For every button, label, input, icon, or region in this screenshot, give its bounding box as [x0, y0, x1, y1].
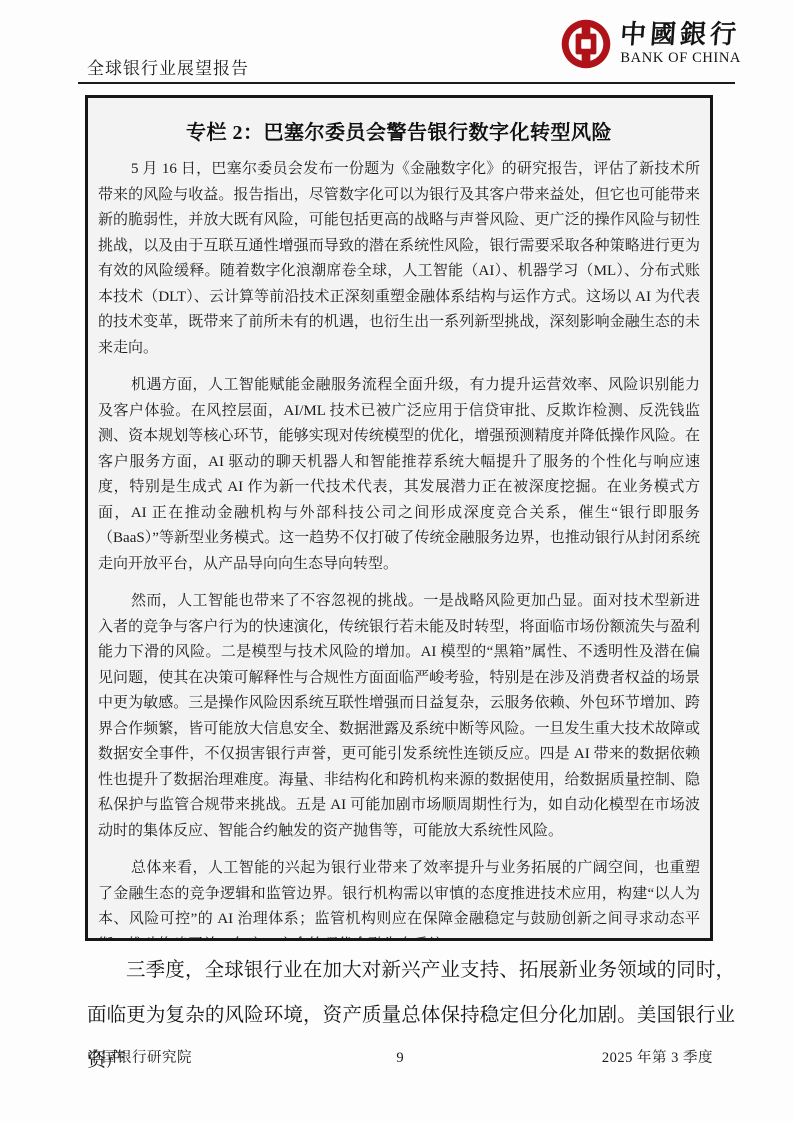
logo-text: 中國銀行 BANK OF CHINA: [620, 21, 741, 68]
header-divider: [78, 82, 735, 84]
box-paragraph-3: 然而，人工智能也带来了不容忽视的挑战。一是战略风险更加凸显。面对技术型新进入者的…: [96, 589, 702, 844]
box-paragraph-2: 机遇方面，人工智能赋能金融服务流程全面升级，有力提升运营效率、风险识别能力及客户…: [96, 373, 702, 577]
column-2-box: 专栏 2：巴塞尔委员会警告银行数字化转型风险 5 月 16 日，巴塞尔委员会发布…: [85, 95, 713, 941]
report-page: 全球银行业展望报告 中國銀行 BANK OF CHINA 专栏 2：巴塞尔委员会…: [0, 0, 793, 1121]
report-title: 全球银行业展望报告: [87, 54, 249, 79]
footer-issue: 2025 年第 3 季度: [602, 1046, 713, 1067]
logo-english-name: BANK OF CHINA: [620, 50, 741, 67]
box-title: 专栏 2：巴塞尔委员会警告银行数字化转型风险: [96, 116, 702, 145]
footer-page-number: 9: [396, 1050, 403, 1067]
box-paragraph-1: 5 月 16 日，巴塞尔委员会发布一份题为《金融数字化》的研究报告，评估了新技术…: [96, 157, 702, 361]
bank-of-china-coin-emblem-icon: [560, 18, 612, 70]
logo-chinese-name: 中國銀行: [619, 21, 741, 50]
bank-of-china-logo: 中國銀行 BANK OF CHINA: [560, 18, 741, 70]
page-footer: 中国银行研究院 9 2025 年第 3 季度: [87, 1046, 713, 1067]
box-paragraph-4: 总体来看，人工智能的兴起为银行业带来了效率提升与业务拓展的广阔空间，也重塑了金融…: [96, 856, 702, 941]
footer-institute: 中国银行研究院: [87, 1046, 192, 1067]
